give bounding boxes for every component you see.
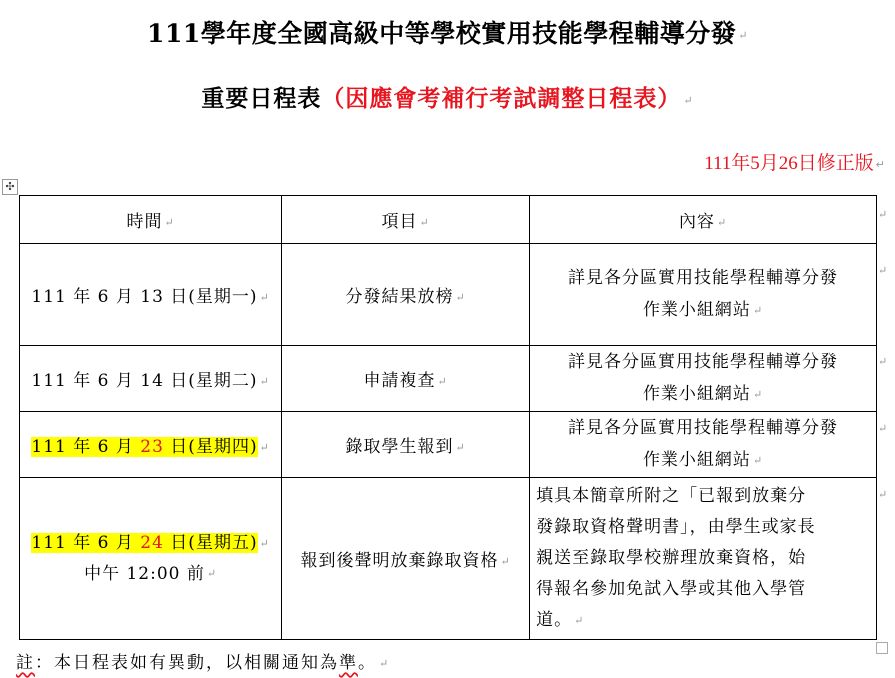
schedule-table: 時間↵ 項目↵ 內容↵ 111 年 6 月 13 日(星期一)↵ 分發結果放榜↵… xyxy=(19,195,877,640)
row-end-mark-icon: ↵ xyxy=(878,355,887,368)
table-row: 111 年 6 月 14 日(星期二)↵ 申請複查↵ 詳見各分區實用技能學程輔導… xyxy=(20,346,877,412)
row-time: 111 年 6 月 23 日(星期四)↵ xyxy=(20,412,282,478)
row-content: 詳見各分區實用技能學程輔導分發作業小組網站↵ xyxy=(530,346,877,412)
subtitle-black: 重要日程表 xyxy=(201,85,321,112)
table-row: 111 年 6 月 23 日(星期四)↵ 錄取學生報到↵ 詳見各分區實用技能學程… xyxy=(20,412,877,478)
table-row: 111 年 6 月 13 日(星期一)↵ 分發結果放榜↵ 詳見各分區實用技能學程… xyxy=(20,244,877,346)
row-end-mark-icon: ↵ xyxy=(878,208,887,221)
header-item: 項目↵ xyxy=(282,196,530,244)
row-content: 詳見各分區實用技能學程輔導分發作業小組網站↵ xyxy=(530,412,877,478)
paragraph-mark-icon: ↵ xyxy=(738,29,748,42)
subtitle-red: （因應會考補行考試調整日程表） xyxy=(321,85,681,112)
table-resize-handle[interactable] xyxy=(876,642,888,654)
row-content: 填具本簡章所附之「已報到放棄分 發錄取資格聲明書」，由學生或家長 親送至錄取學校… xyxy=(530,478,877,640)
highlighted-date: 111 年 6 月 23 日(星期四) xyxy=(31,437,257,457)
row-end-mark-icon: ↵ xyxy=(878,264,887,277)
header-time: 時間↵ xyxy=(20,196,282,244)
time-note: 中午 12:00 前 xyxy=(84,564,205,584)
header-content: 內容↵ xyxy=(530,196,877,244)
table-move-handle-icon[interactable]: ✣ xyxy=(2,179,18,195)
paragraph-mark-icon: ↵ xyxy=(876,159,885,171)
document-subtitle: 重要日程表（因應會考補行考試調整日程表）↵ xyxy=(0,80,895,113)
paragraph-mark-icon: ↵ xyxy=(683,94,693,107)
row-item: 報到後聲明放棄錄取資格↵ xyxy=(282,478,530,640)
row-time: 111 年 6 月 24 日(星期五)↵ 中午 12:00 前↵ xyxy=(20,478,282,640)
version-label: 111年5月26日修正版↵ xyxy=(704,148,885,175)
row-time: 111 年 6 月 14 日(星期二)↵ xyxy=(20,346,282,412)
paragraph-mark-icon: ↵ xyxy=(379,657,390,670)
row-item: 錄取學生報到↵ xyxy=(282,412,530,478)
row-end-mark-icon: ↵ xyxy=(878,488,887,501)
table-header-row: 時間↵ 項目↵ 內容↵ xyxy=(20,196,877,244)
footnote: 註：本日程表如有異動，以相關通知為準。↵ xyxy=(16,648,390,673)
table-row: 111 年 6 月 24 日(星期五)↵ 中午 12:00 前↵ 報到後聲明放棄… xyxy=(20,478,877,640)
row-end-mark-icon: ↵ xyxy=(878,422,887,435)
row-item: 分發結果放榜↵ xyxy=(282,244,530,346)
document-title: 111學年度全國高級中等學校實用技能學程輔導分發↵ xyxy=(0,14,895,50)
row-time: 111 年 6 月 13 日(星期一)↵ xyxy=(20,244,282,346)
highlighted-date: 111 年 6 月 24 日(星期五) xyxy=(31,533,257,553)
row-content: 詳見各分區實用技能學程輔導分發作業小組網站↵ xyxy=(530,244,877,346)
row-item: 申請複查↵ xyxy=(282,346,530,412)
